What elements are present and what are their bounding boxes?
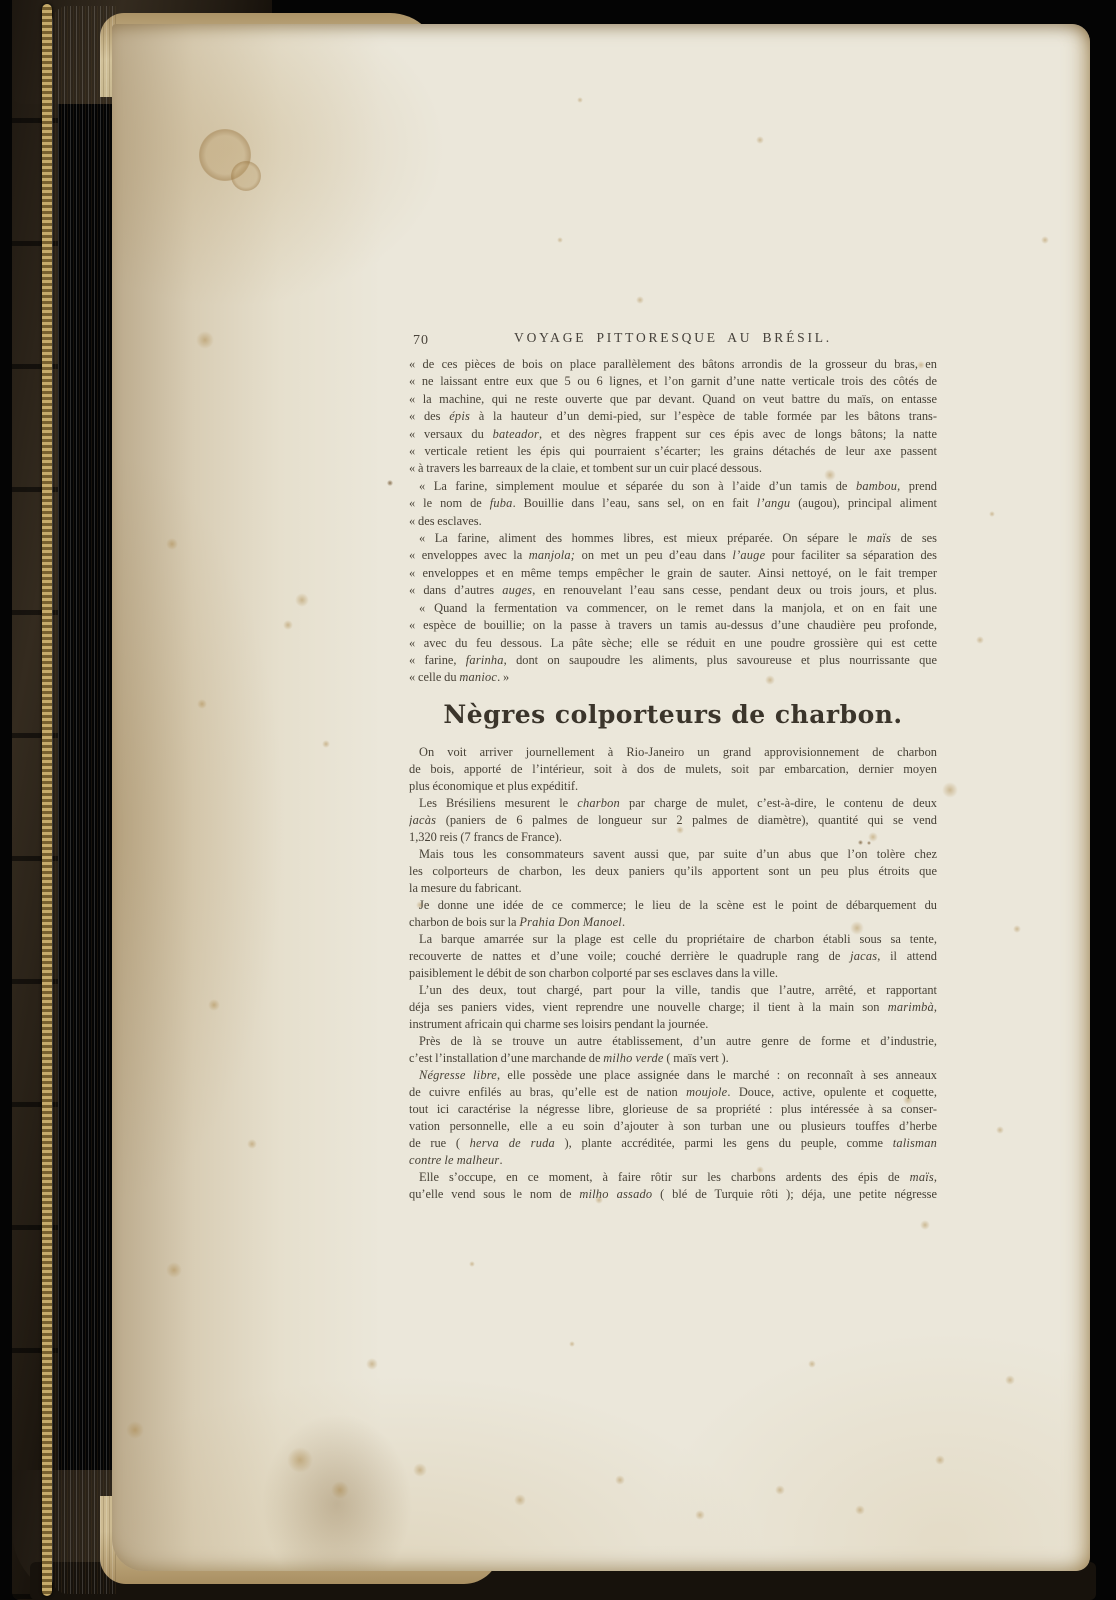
text-line: « la machine, qui ne reste ouverte que p… bbox=[409, 391, 937, 408]
text-line: de bois, apporté de l’intérieur, soit à … bbox=[409, 761, 937, 778]
text-line: Les Brésiliens mesurent le charbon par c… bbox=[409, 795, 937, 812]
section-heading: Nègres colporteurs de charbon. bbox=[409, 700, 937, 729]
text-line: « à travers les barreaux de la claie, et… bbox=[409, 460, 937, 477]
text-line: « espèce de bouillie; on la passe à trav… bbox=[409, 617, 937, 634]
text-line: « ne laissant entre eux que 5 ou 6 ligne… bbox=[409, 373, 937, 390]
foxing-spot bbox=[577, 97, 583, 103]
foxing-spot bbox=[942, 782, 958, 798]
foxing-spot bbox=[920, 1220, 930, 1230]
paragraph-block: On voit arriver journellement à Rio-Jane… bbox=[409, 744, 937, 1203]
text-line: Négresse libre, elle possède une place a… bbox=[409, 1067, 937, 1084]
foxing-spot bbox=[976, 636, 984, 644]
text-line: les colporteurs de charbon, les deux pan… bbox=[409, 863, 937, 880]
page-header: 70 VOYAGE PITTORESQUE AU BRÉSIL. bbox=[409, 330, 937, 350]
foxing-spot bbox=[989, 511, 995, 517]
text-line: « verticale retient les épis qui pourrai… bbox=[409, 443, 937, 460]
text-line: plus économique et plus expéditif. bbox=[409, 778, 937, 795]
text-line: La barque amarrée sur la plage est celle… bbox=[409, 931, 937, 948]
text-line: « Quand la fermentation va commencer, on… bbox=[409, 600, 937, 617]
text-line: paisiblement le débit de son charbon col… bbox=[409, 965, 937, 982]
text-line: « versaux du bateador, et des nègres fra… bbox=[409, 426, 937, 443]
text-line: instrument africain qui charme ses loisi… bbox=[409, 1016, 937, 1033]
text-line: déja ses paniers vides, vient reprendre … bbox=[409, 999, 937, 1016]
text-line: de cuivre enfilés au bras, qu’elle est d… bbox=[409, 1084, 937, 1101]
printed-content: 70 VOYAGE PITTORESQUE AU BRÉSIL. « de ce… bbox=[409, 330, 937, 1203]
text-line: « de ces pièces de bois on place parallè… bbox=[409, 356, 937, 373]
book-scan: 70 VOYAGE PITTORESQUE AU BRÉSIL. « de ce… bbox=[0, 0, 1116, 1600]
foxing-spot bbox=[695, 1510, 705, 1520]
quote-block: « de ces pièces de bois on place parallè… bbox=[409, 356, 937, 687]
page-edges-stack bbox=[52, 6, 118, 1594]
text-line: « des épis à la hauteur d’un demi-pied, … bbox=[409, 408, 937, 425]
text-line: jacàs (paniers de 6 palmes de longueur s… bbox=[409, 812, 937, 829]
foxing-spot bbox=[413, 1463, 427, 1477]
text-line: contre le malheur. bbox=[409, 1152, 937, 1169]
text-line: recouverte de nattes et d’une voile; cou… bbox=[409, 948, 937, 965]
foxing-spot bbox=[569, 1341, 575, 1347]
foxing-spot bbox=[1005, 1375, 1015, 1385]
text-line: vation personnelle, elle a eu soin d’ajo… bbox=[409, 1118, 937, 1135]
foxing-spot bbox=[855, 1505, 865, 1515]
text-line: « La farine, simplement moulue et séparé… bbox=[409, 478, 937, 495]
text-line: « des esclaves. bbox=[409, 513, 937, 530]
text-line: charbon de bois sur la Prahia Don Manoel… bbox=[409, 914, 937, 931]
foxing-spot bbox=[615, 1475, 625, 1485]
text-line: tout ici caractérise la négresse libre, … bbox=[409, 1101, 937, 1118]
foxing-spot bbox=[935, 1455, 945, 1465]
foxing-spot bbox=[808, 1360, 816, 1368]
text-line: la mesure du fabricant. bbox=[409, 880, 937, 897]
foxing-spot bbox=[996, 1126, 1004, 1134]
text-line: qu’elle vend sous le nom de milho assado… bbox=[409, 1186, 937, 1203]
text-line: de rue ( herva de ruda ), plante accrédi… bbox=[409, 1135, 937, 1152]
foxing-spot bbox=[387, 480, 393, 486]
page-number: 70 bbox=[413, 333, 429, 349]
text-line: « dans d’autres auges, en renouvelant l’… bbox=[409, 582, 937, 599]
text-line: Près de là se trouve un autre établissem… bbox=[409, 1033, 937, 1050]
foxing-spot bbox=[469, 1261, 475, 1267]
text-line: c’est l’installation d’une marchande de … bbox=[409, 1050, 937, 1067]
text-line: Mais tous les consommateurs savent aussi… bbox=[409, 846, 937, 863]
foxing-spot bbox=[636, 296, 644, 304]
text-line: L’un des deux, tout chargé, part pour la… bbox=[409, 982, 937, 999]
text-line: « farine, farinha, dont on saupoudre les… bbox=[409, 652, 937, 669]
text-line: « celle du manioc. » bbox=[409, 669, 937, 686]
book-page: 70 VOYAGE PITTORESQUE AU BRÉSIL. « de ce… bbox=[112, 24, 1090, 1571]
text-line: « le nom de fuba. Bouillie dans l’eau, s… bbox=[409, 495, 937, 512]
text-line: « enveloppes avec la manjola; on met un … bbox=[409, 547, 937, 564]
text-line: Elle s’occupe, en ce moment, à faire rôt… bbox=[409, 1169, 937, 1186]
text-line: « avec du feu dessous. La pâte sèche; el… bbox=[409, 635, 937, 652]
foxing-spot bbox=[557, 237, 563, 243]
foxing-spot bbox=[514, 1494, 526, 1506]
text-line: « La farine, aliment des hommes libres, … bbox=[409, 530, 937, 547]
text-line: 1,320 reis (7 francs de France). bbox=[409, 829, 937, 846]
gilt-trim bbox=[42, 4, 52, 1596]
text-line: Je donne une idée de ce commerce; le lie… bbox=[409, 897, 937, 914]
gutter-shadow bbox=[112, 24, 382, 1571]
foxing-spot bbox=[775, 1485, 785, 1495]
foxing-spot bbox=[1041, 236, 1049, 244]
foxing-spot bbox=[756, 136, 764, 144]
text-line: On voit arriver journellement à Rio-Jane… bbox=[409, 744, 937, 761]
foxing-spot bbox=[1013, 925, 1021, 933]
text-line: « enveloppes et en même temps empêcher l… bbox=[409, 565, 937, 582]
running-title: VOYAGE PITTORESQUE AU BRÉSIL. bbox=[409, 330, 937, 346]
